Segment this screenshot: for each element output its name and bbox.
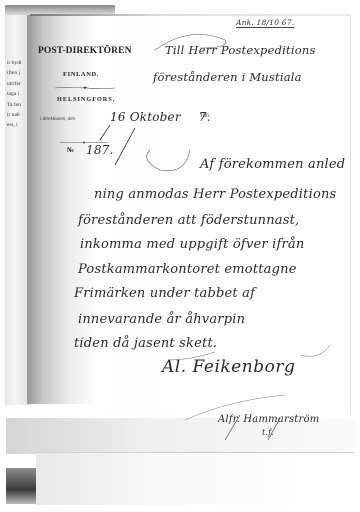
body-line: tiden då jasent skett. bbox=[74, 336, 217, 351]
address-line-2: förestånderen i Mustiala bbox=[153, 70, 302, 84]
body-line: Postkammarkontoret emottagne bbox=[78, 262, 297, 277]
lower-sheet bbox=[36, 452, 354, 505]
dark-corner-shadow bbox=[6, 468, 36, 504]
body-line: ning anmodas Herr Postexpeditions bbox=[94, 187, 336, 202]
letterhead-number-prefix: № bbox=[67, 146, 74, 154]
address-line-1: Till Herr Postexpeditions bbox=[165, 43, 316, 57]
date-month: Oktober bbox=[130, 110, 181, 124]
received-note: Ank. 18/10 67. bbox=[236, 18, 294, 28]
body-line: innevarande år åhvarpin bbox=[78, 312, 245, 327]
countersignature-title: t.f. bbox=[262, 428, 274, 437]
sheet-top-edge bbox=[30, 14, 350, 16]
body-line: Frimärken under tabbet af bbox=[74, 286, 255, 301]
date-year-suffix: 7. bbox=[199, 110, 211, 124]
left-page-line: ir bydt bbox=[7, 58, 29, 68]
left-page-line: Ta fen bbox=[7, 100, 29, 110]
left-page-line: utrifer bbox=[7, 79, 29, 89]
handwritten-date: 16 Oktober 7. bbox=[110, 110, 211, 124]
countersignature: Alfr. Hammarström bbox=[218, 414, 319, 425]
left-page-line: ir nab bbox=[7, 110, 29, 120]
body-line: inkomma med uppgift öfver ifrån bbox=[80, 237, 304, 252]
letterhead-country: FINLAND. bbox=[63, 71, 99, 78]
scanned-document: ir bydt iften j utrifer taga i Ta fen ir… bbox=[0, 0, 360, 512]
body-line: Af förekommen anled bbox=[200, 157, 345, 172]
letterhead-city: HELSINGFORS, bbox=[57, 96, 115, 103]
letterhead-dateline: i direktionen, den bbox=[40, 117, 75, 122]
ornament-divider-icon bbox=[55, 86, 115, 90]
left-page-text: ir bydt iften j utrifer taga i Ta fen ir… bbox=[7, 58, 29, 131]
document-number: 187. bbox=[86, 143, 114, 157]
left-page-line: iften j bbox=[7, 68, 29, 78]
signature: Al. Feikenborg bbox=[162, 357, 295, 377]
letterhead-title: POST-DIREKTÖREN bbox=[38, 46, 132, 56]
left-page-line: ers, i bbox=[7, 120, 29, 130]
left-page-line: taga i bbox=[7, 89, 29, 99]
date-day: 16 bbox=[110, 110, 126, 124]
body-line: förestånderen att föderstunnast, bbox=[78, 213, 299, 228]
